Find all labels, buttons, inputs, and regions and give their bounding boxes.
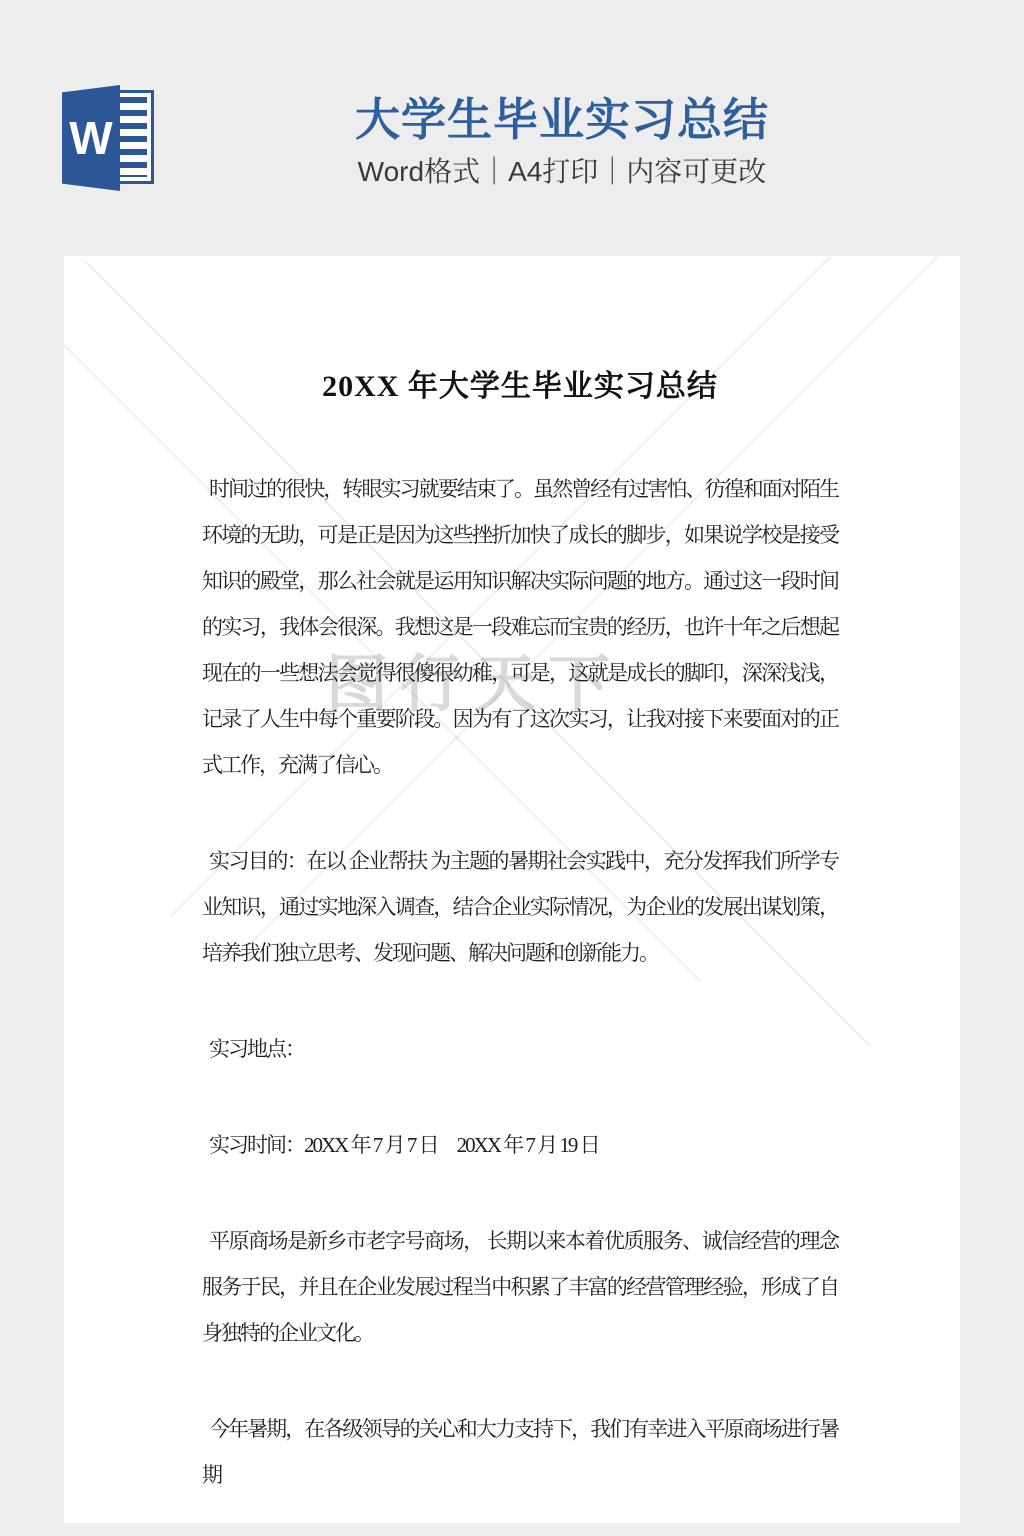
document-page: 图行天下 20XX 年大学生毕业实习总结 时间过的很快，转眼实习就要结束了。虽然…	[64, 256, 960, 1523]
document-content: 20XX 年大学生毕业实习总结 时间过的很快，转眼实习就要结束了。虽然曾经有过害…	[64, 256, 960, 1498]
document-paragraph: 实习目的：在以 企业帮扶 为主题的暑期社会实践中，充分发挥我们所学专业知识，通过…	[202, 838, 838, 976]
document-paragraph: 时间过的很快，转眼实习就要结束了。虽然曾经有过害怕、彷徨和面对陌生环境的无助，可…	[202, 466, 838, 788]
document-paragraph: 实习时间：20XX 年 7 月 7 日 20XX 年 7 月 19 日	[202, 1122, 838, 1168]
template-subtitle: Word格式｜A4打印｜内容可更改	[100, 154, 1024, 190]
preview-header: W 大学生毕业实习总结 Word格式｜A4打印｜内容可更改	[0, 0, 1024, 256]
document-paragraph: 实习地点：	[202, 1026, 838, 1072]
template-preview-canvas: W 大学生毕业实习总结 Word格式｜A4打印｜内容可更改 图行天下 20XX …	[0, 0, 1024, 1536]
document-title: 20XX 年大学生毕业实习总结	[202, 364, 838, 410]
document-paragraph: 今年暑期，在各级领导的关心和大力支持下，我们有幸进入平原商场进行暑期	[202, 1406, 838, 1498]
document-paragraph: 平原商场是新乡市老字号商场， 长期以来本着优质服务、诚信经营的理念服务于民，并且…	[202, 1218, 838, 1356]
template-title: 大学生毕业实习总结	[100, 94, 1024, 146]
